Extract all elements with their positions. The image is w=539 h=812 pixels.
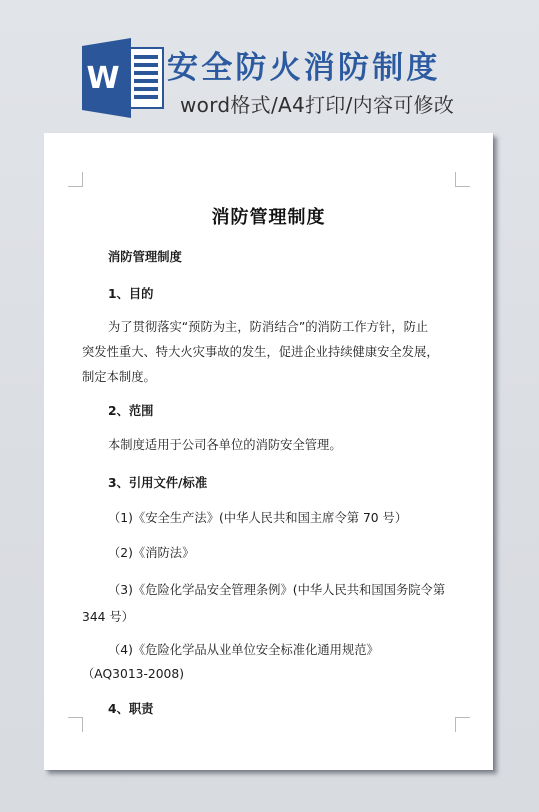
reference-item-continuation: （AQ3013-2008) [82, 666, 184, 682]
paragraph-line: 突发性重大、特大火灾事故的发生，促进企业持续健康安全发展， [82, 344, 439, 360]
svg-text:W: W [86, 61, 119, 96]
reference-item: （4)《危险化学品从业单位安全标准化通用规范》 [108, 642, 379, 658]
crop-mark-bottom-right [455, 717, 470, 732]
section-heading-responsibilities: 4、职责 [108, 701, 153, 717]
document-title: 消防管理制度 [44, 203, 493, 229]
crop-mark-top-left [68, 172, 83, 187]
reference-item: （2)《消防法》 [108, 545, 194, 561]
crop-mark-bottom-left [68, 717, 83, 732]
crop-mark-top-right [455, 172, 470, 187]
paragraph-line: 本制度适用于公司各单位的消防安全管理。 [108, 437, 342, 453]
section-heading-scope: 2、范围 [108, 403, 153, 419]
section-heading-purpose: 1、目的 [108, 286, 153, 302]
banner-title: 安全防火消防制度 [167, 47, 441, 89]
word-icon: W [82, 38, 166, 118]
reference-item: （3)《危险化学品安全管理条例》(中华人民共和国国务院令第 [108, 582, 445, 598]
banner-subtitle: word格式/A4打印/内容可修改 [180, 92, 454, 118]
document-page: 消防管理制度 消防管理制度 1、目的 为了贯彻落实“预防为主，防消结合”的消防工… [44, 133, 493, 770]
paragraph-line: 为了贯彻落实“预防为主，防消结合”的消防工作方针，防止 [108, 319, 428, 335]
paragraph-line: 制定本制度。 [82, 369, 156, 385]
doc-subheading: 消防管理制度 [108, 249, 182, 265]
reference-item: （1)《安全生产法》(中华人民共和国主席令第 70 号） [108, 510, 407, 526]
reference-item-continuation: 344 号） [82, 609, 134, 625]
section-heading-references: 3、引用文件/标准 [108, 475, 207, 491]
